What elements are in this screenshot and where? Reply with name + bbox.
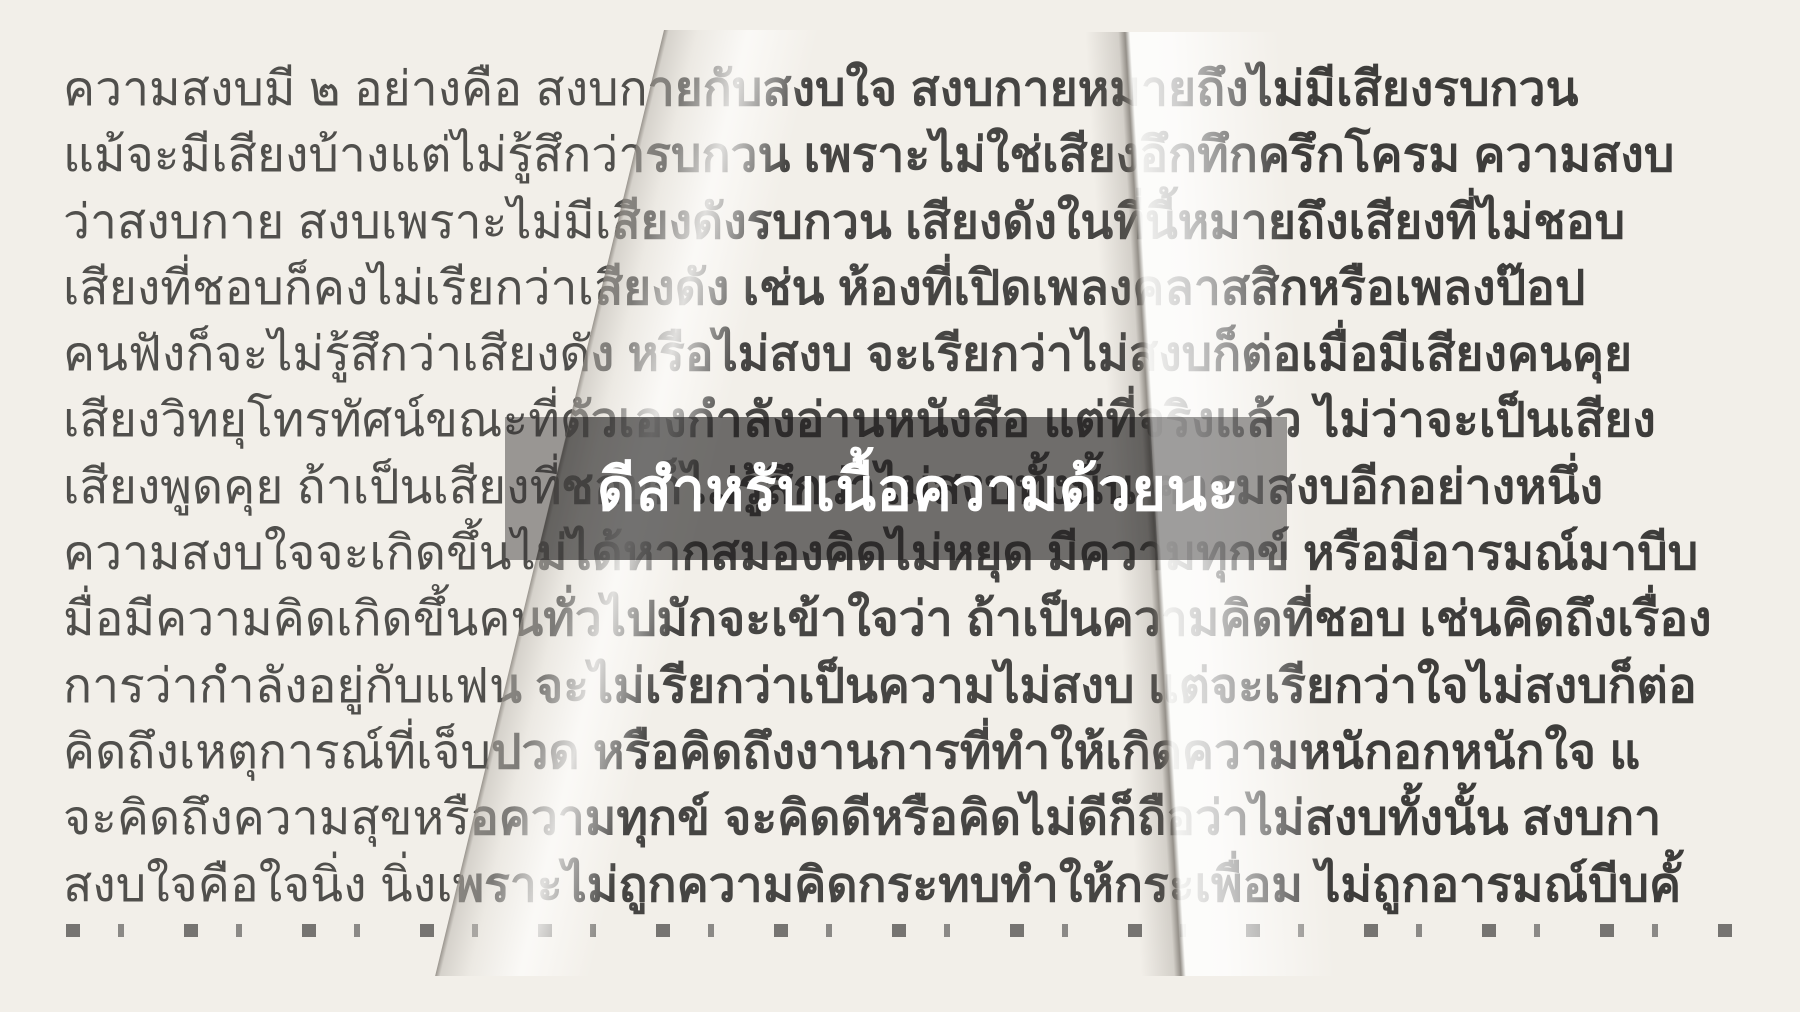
headline-banner: ดีสำหรับเนื้อความด้วยนะ xyxy=(505,417,1287,560)
banner-headline-text: ดีสำหรับเนื้อความด้วยนะ xyxy=(597,442,1240,536)
specimen-canvas: ความสงบมี ๒ อย่างคือ สงบกายกับสงบใจ สงบก… xyxy=(0,0,1800,1012)
